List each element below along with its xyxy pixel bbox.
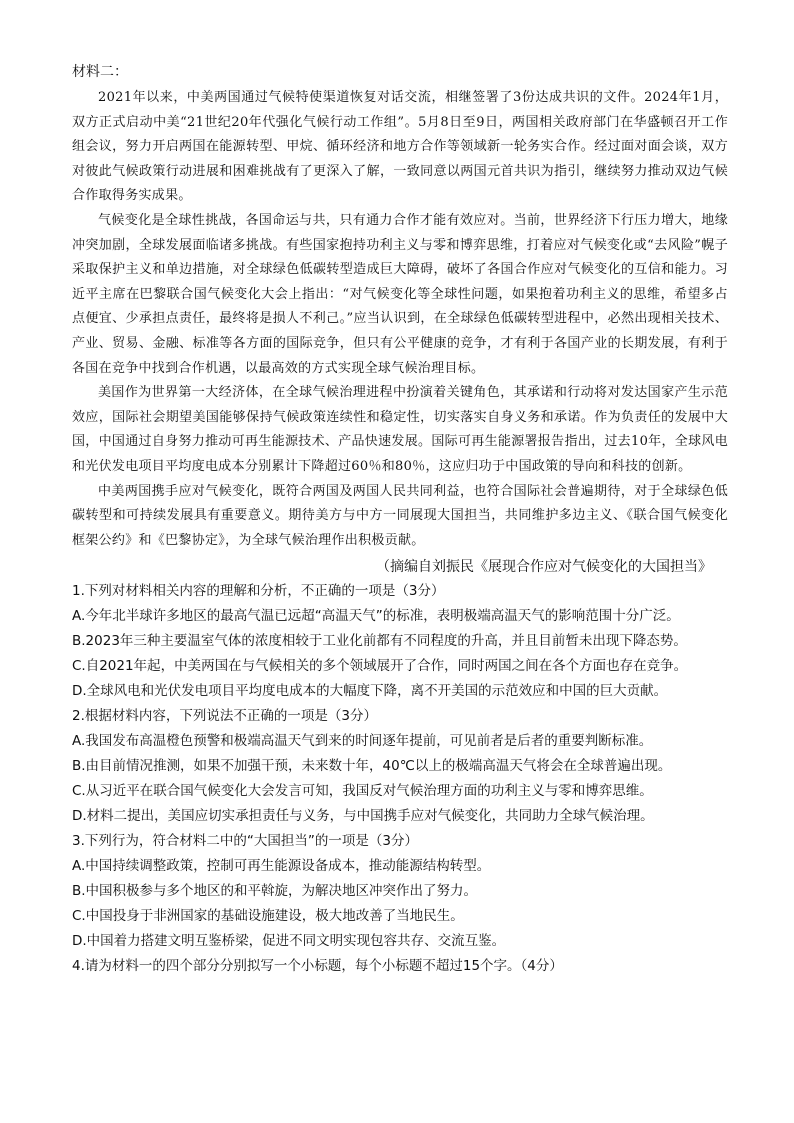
- question-stem: 4.请为材料一的四个部分分别拟写一个小标题，每个小标题不超过15个字。（4分）: [72, 954, 728, 979]
- question-stem: 3.下列行为，符合材料二中的“大国担当”的一项是（3分）: [72, 829, 728, 854]
- option-a: A.今年北半球许多地区的最高气温已远超“高温天气”的标准，表明极端高温天气的影响…: [72, 604, 728, 629]
- option-a: A.我国发布高温橙色预警和极端高温天气到来的时间逐年提前，可见前者是后者的重要判…: [72, 729, 728, 754]
- material-paragraph-4: 中美两国携手应对气候变化，既符合两国及两国人民共同利益，也符合国际社会普遍期待，…: [72, 480, 728, 554]
- option-c: C.中国投身于非洲国家的基础设施建设，极大地改善了当地民生。: [72, 904, 728, 929]
- question-stem: 2.根据材料内容，下列说法不正确的一项是（3分）: [72, 704, 728, 729]
- option-c: C.自2021年起，中美两国在与气候相关的多个领域展开了合作，同时两国之间在各个…: [72, 654, 728, 679]
- option-a: A.中国持续调整政策，控制可再生能源设备成本，推动能源结构转型。: [72, 854, 728, 879]
- material-source-citation: （摘编自刘振民《展现合作应对气候变化的大国担当》: [72, 555, 728, 579]
- question-2: 2.根据材料内容，下列说法不正确的一项是（3分） A.我国发布高温橙色预警和极端…: [72, 704, 728, 829]
- option-b: B.中国积极参与多个地区的和平斡旋，为解决地区冲突作出了努力。: [72, 879, 728, 904]
- option-c: C.从习近平在联合国气候变化大会发言可知，我国反对气候治理方面的功利主义与零和博…: [72, 779, 728, 804]
- option-d: D.材料二提出，美国应切实承担责任与义务，与中国携手应对气候变化，共同助力全球气…: [72, 804, 728, 829]
- question-4: 4.请为材料一的四个部分分别拟写一个小标题，每个小标题不超过15个字。（4分）: [72, 954, 728, 979]
- material-paragraph-2: 气候变化是全球性挑战，各国命运与共，只有通力合作才能有效应对。当前，世界经济下行…: [72, 209, 728, 381]
- material-paragraph-1: 2021年以来，中美两国通过气候特使渠道恢复对话交流，相继签署了3份达成共识的文…: [72, 86, 728, 209]
- question-3: 3.下列行为，符合材料二中的“大国担当”的一项是（3分） A.中国持续调整政策，…: [72, 829, 728, 954]
- option-d: D.全球风电和光伏发电项目平均度电成本的大幅度下降，离不开美国的示范效应和中国的…: [72, 679, 728, 704]
- option-b: B.2023年三种主要温室气体的浓度相较于工业化前都有不同程度的升高，并且目前暂…: [72, 629, 728, 654]
- exam-page: 材料二： 2021年以来，中美两国通过气候特使渠道恢复对话交流，相继签署了3份达…: [72, 60, 728, 979]
- material-heading: 材料二：: [72, 60, 728, 86]
- question-stem: 1.下列对材料相关内容的理解和分析，不正确的一项是（3分）: [72, 579, 728, 604]
- question-1: 1.下列对材料相关内容的理解和分析，不正确的一项是（3分） A.今年北半球许多地…: [72, 579, 728, 704]
- option-b: B.由目前情况推测，如果不加强干预，未来数十年，40℃以上的极端高温天气将会在全…: [72, 754, 728, 779]
- material-paragraph-3: 美国作为世界第一大经济体，在全球气候治理进程中扮演着关键角色，其承诺和行动将对发…: [72, 381, 728, 479]
- option-d: D.中国着力搭建文明互鉴桥梁，促进不同文明实现包容共存、交流互鉴。: [72, 929, 728, 954]
